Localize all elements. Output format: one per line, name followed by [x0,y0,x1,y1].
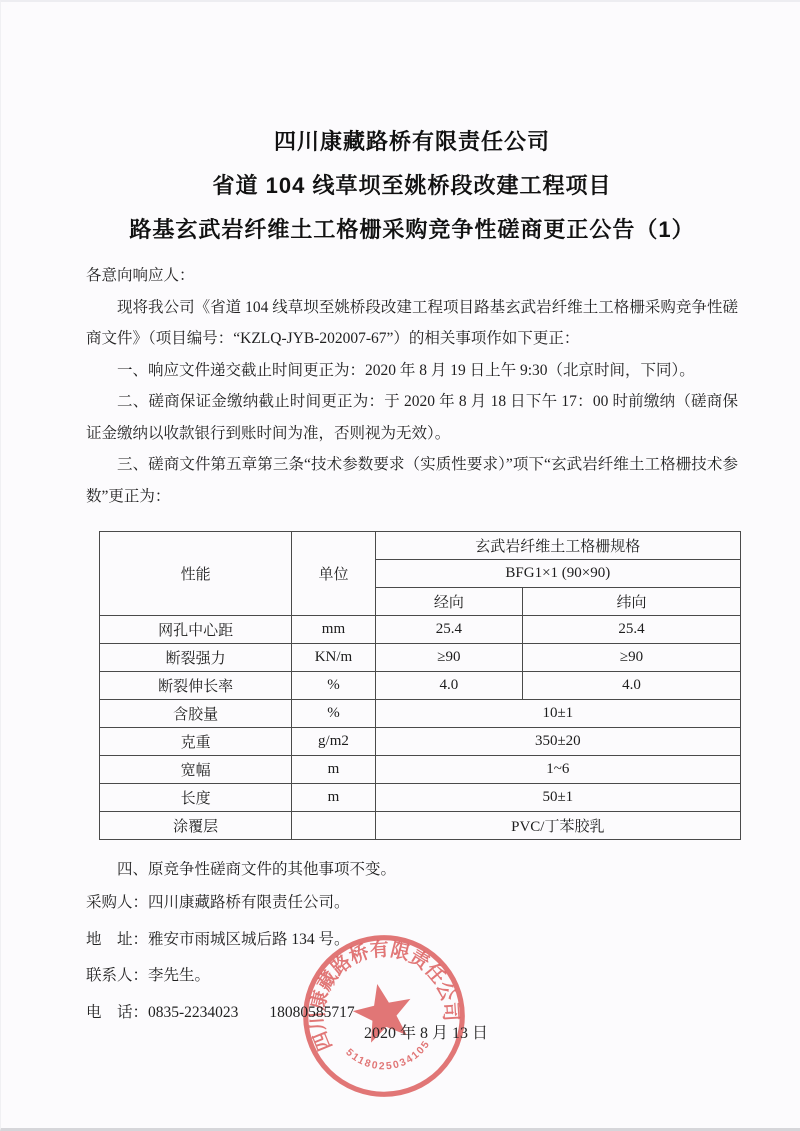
cell-value: 50±1 [375,784,740,812]
cell-name: 含胶量 [100,700,292,728]
document-footer: 四、原竞争性磋商文件的其他事项不变。 采购人：四川康藏路桥有限责任公司。 地 址… [86,854,738,1031]
cell-warp: 4.0 [375,672,522,700]
cell-name: 涂覆层 [100,812,292,840]
purchaser-line: 采购人：四川康藏路桥有限责任公司。 [86,885,738,922]
cell-weft: ≥90 [523,644,741,672]
title-notice-line: 路基玄武岩纤维土工格栅采购竞争性磋商更正公告（1） [86,208,738,252]
contact-info-block: 采购人：四川康藏路桥有限责任公司。 地 址：雅安市雨城区城后路 134 号。 联… [86,885,738,1031]
cell-name: 断裂强力 [100,644,292,672]
cell-unit: % [292,672,375,700]
cell-value: PVC/丁苯胶乳 [375,812,740,840]
address-line: 地 址：雅安市雨城区城后路 134 号。 [86,922,738,959]
title-company-line: 四川康藏路桥有限责任公司 [86,120,738,164]
cell-name: 克重 [100,728,292,756]
cell-unit: m [292,784,375,812]
document-title-block: 四川康藏路桥有限责任公司 省道 104 线草坝至姚桥段改建工程项目 路基玄武岩纤… [86,120,738,252]
cell-unit: m [292,756,375,784]
cell-weft: 25.4 [523,616,741,644]
contact-person-line: 联系人：李先生。 [86,958,738,995]
table-row: 涂覆层 PVC/丁苯胶乳 [100,812,741,840]
document-body: 各意向响应人： 现将我公司《省道 104 线草坝至姚桥段改建工程项目路基玄武岩纤… [86,260,738,512]
cell-value: 350±20 [375,728,740,756]
intro-paragraph: 现将我公司《省道 104 线草坝至姚桥段改建工程项目路基玄武岩纤维土工格栅采购竞… [86,292,738,355]
header-weft: 纬向 [523,588,741,616]
cell-unit: mm [292,616,375,644]
table-row: 含胶量 % 10±1 [100,700,741,728]
table-row: 网孔中心距 mm 25.4 25.4 [100,616,741,644]
cell-value: 1~6 [375,756,740,784]
document-date: 2020 年 8 月 13 日 [364,1020,488,1043]
correction-item-1: 一、响应文件递交截止时间更正为：2020 年 8 月 19 日上午 9:30（北… [86,355,738,387]
table-row: 克重 g/m2 350±20 [100,728,741,756]
header-warp: 经向 [375,588,522,616]
table-row: 断裂伸长率 % 4.0 4.0 [100,672,741,700]
cell-unit [292,812,375,840]
spec-parameter-table: 性能 单位 玄武岩纤维土工格栅规格 BFG1×1 (90×90) 经向 纬向 网… [99,531,741,840]
header-spec-model: BFG1×1 (90×90) [375,560,740,588]
correction-item-3: 三、磋商文件第五章第三条“技术参数要求（实质性要求）”项下“玄武岩纤维土工格栅技… [86,449,738,512]
header-performance: 性能 [100,532,292,616]
header-unit: 单位 [292,532,375,616]
cell-name: 长度 [100,784,292,812]
cell-unit: g/m2 [292,728,375,756]
cell-value: 10±1 [375,700,740,728]
title-project-line: 省道 104 线草坝至姚桥段改建工程项目 [86,164,738,208]
table-row: 宽幅 m 1~6 [100,756,741,784]
cell-unit: KN/m [292,644,375,672]
cell-name: 断裂伸长率 [100,672,292,700]
cell-name: 宽幅 [100,756,292,784]
cell-warp: ≥90 [375,644,522,672]
salutation-line: 各意向响应人： [86,260,738,292]
table-row: 长度 m 50±1 [100,784,741,812]
cell-warp: 25.4 [375,616,522,644]
correction-item-4: 四、原竞争性磋商文件的其他事项不变。 [86,854,738,885]
cell-weft: 4.0 [523,672,741,700]
correction-item-2: 二、磋商保证金缴纳截止时间更正为：于 2020 年 8 月 18 日下午 17：… [86,386,738,449]
document-content: 四川康藏路桥有限责任公司 省道 104 线草坝至姚桥段改建工程项目 路基玄武岩纤… [1,2,800,1031]
cell-name: 网孔中心距 [100,616,292,644]
header-spec-title: 玄武岩纤维土工格栅规格 [375,532,740,560]
table-header-row-1: 性能 单位 玄武岩纤维土工格栅规格 [100,532,741,560]
cell-unit: % [292,700,375,728]
table-row: 断裂强力 KN/m ≥90 ≥90 [100,644,741,672]
document-page: 四川康藏路桥有限责任公司 省道 104 线草坝至姚桥段改建工程项目 路基玄武岩纤… [0,0,800,1131]
